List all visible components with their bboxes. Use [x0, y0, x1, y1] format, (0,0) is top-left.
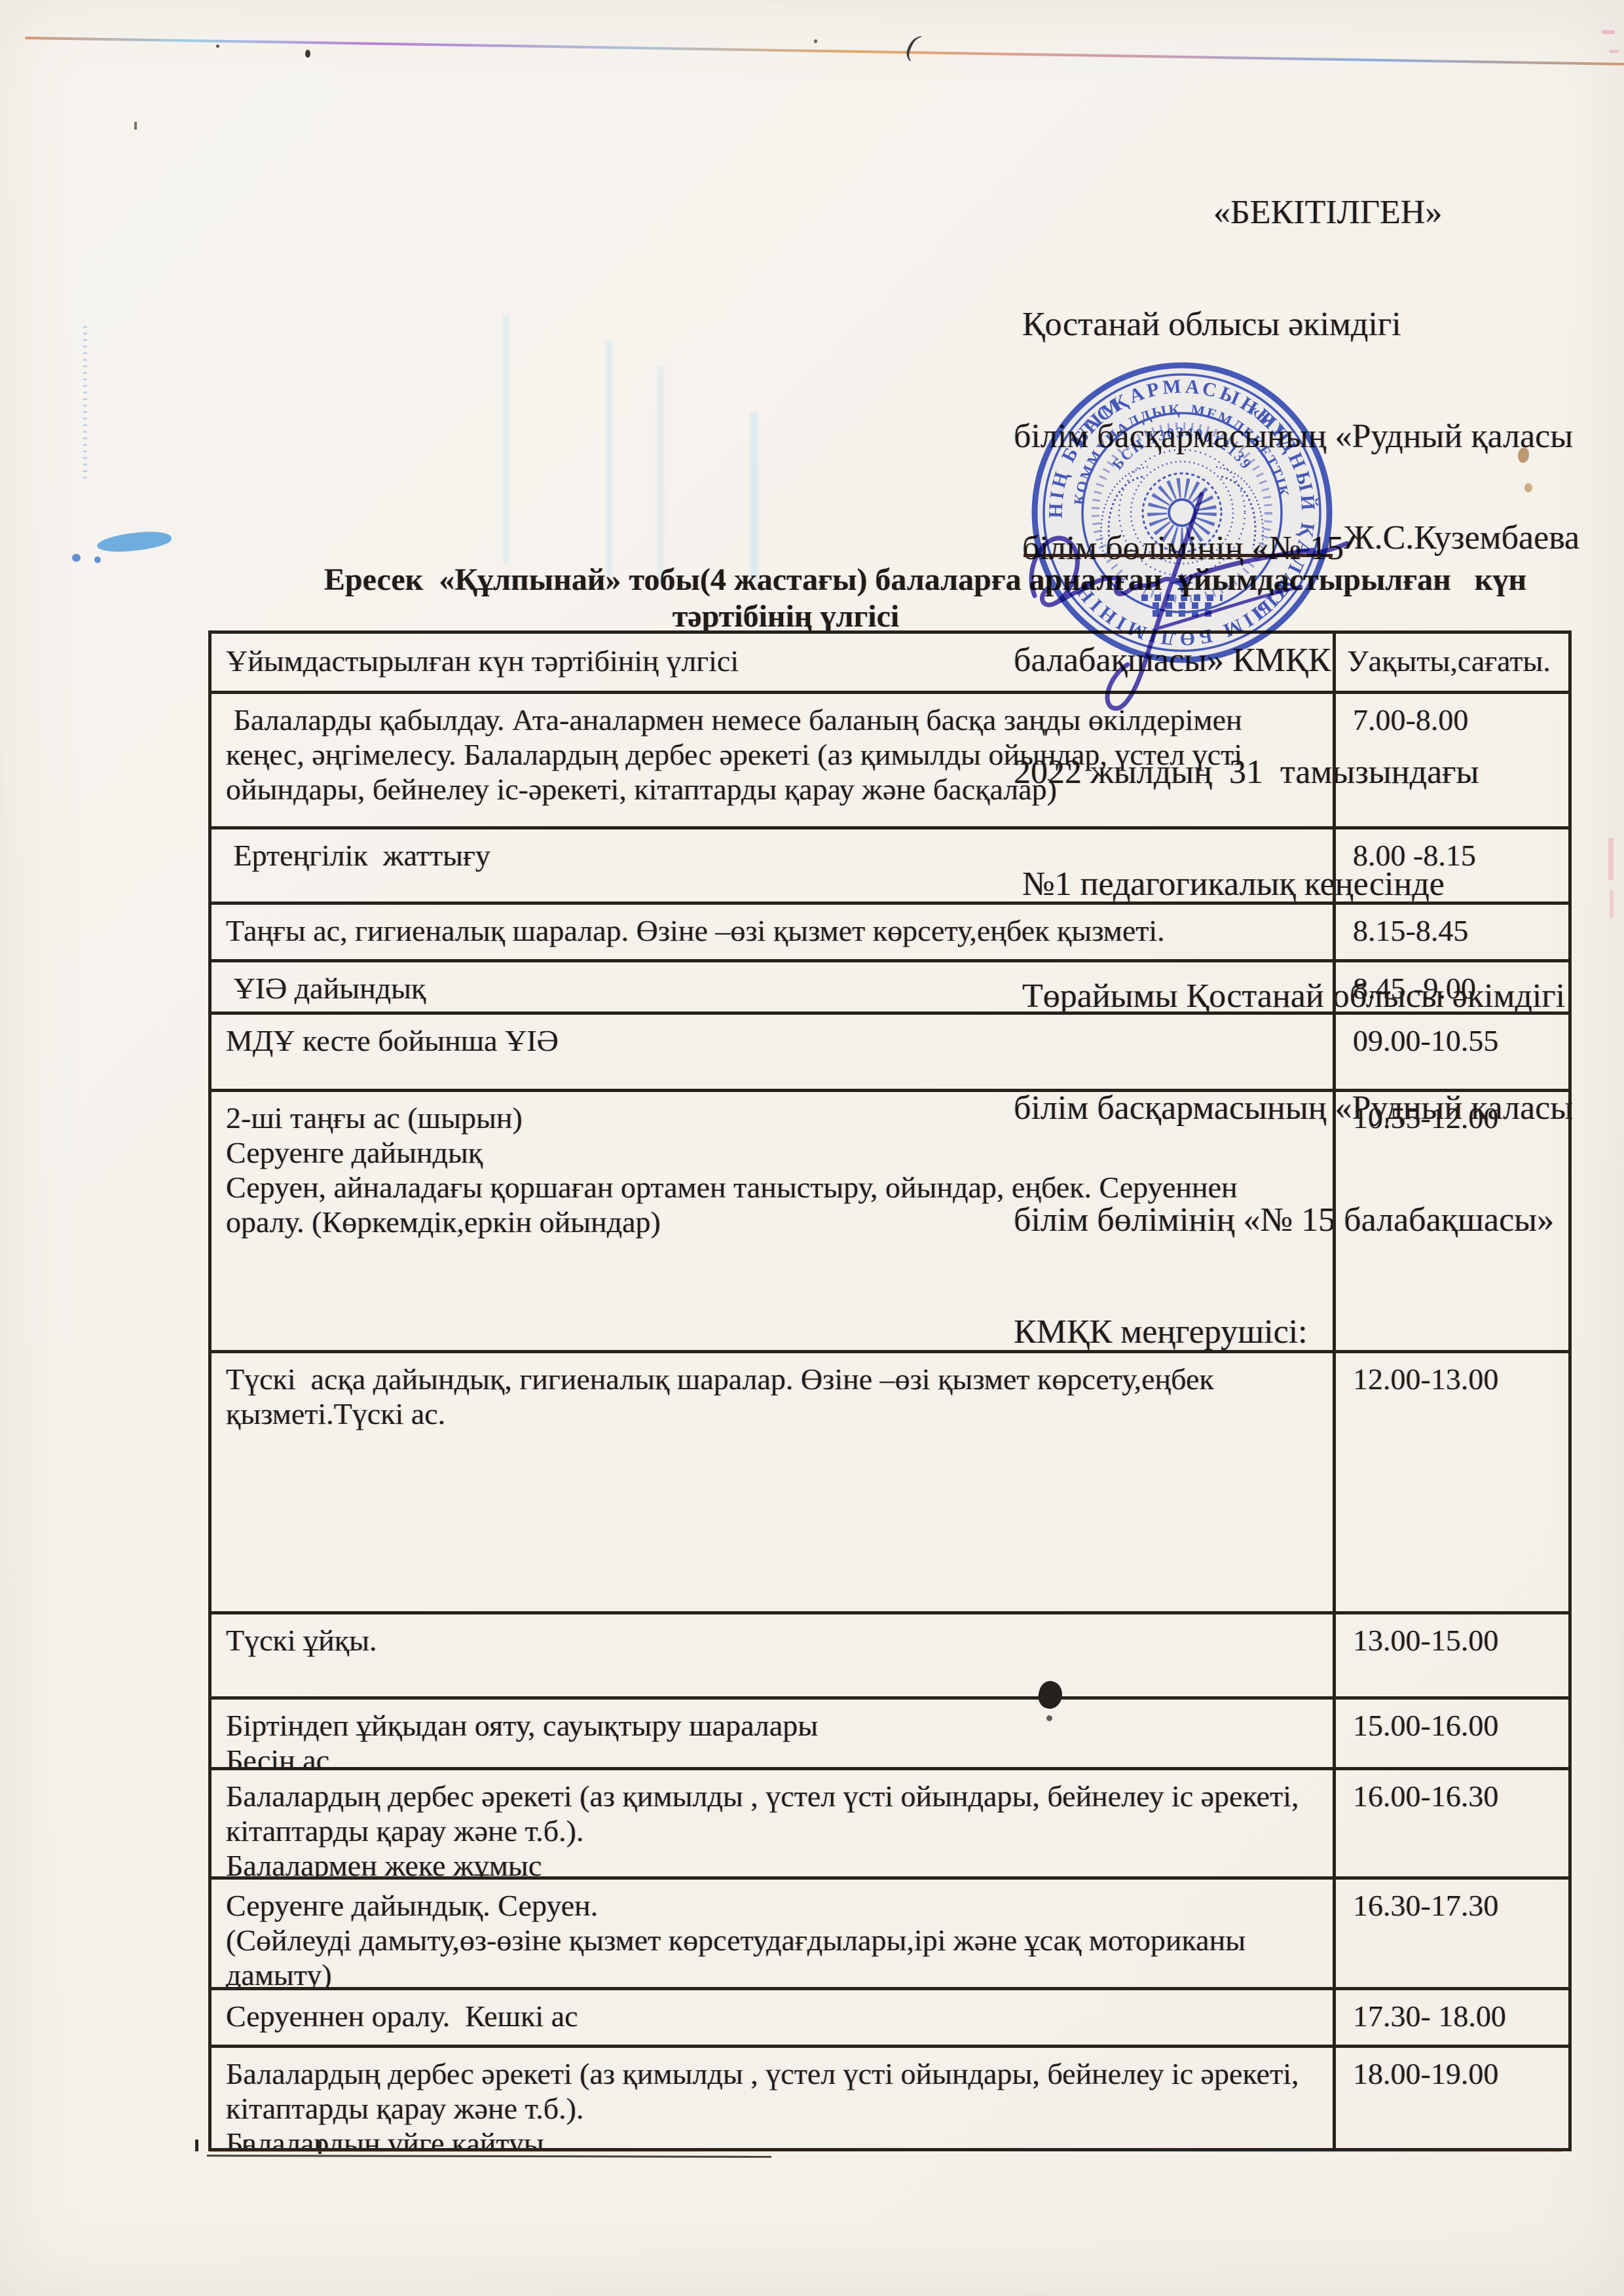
schedule-cell-time: 18.00-19.00 [1333, 2048, 1568, 2148]
scan-artifact-cyan-band [606, 340, 612, 576]
scan-artifact-pink-edge [1610, 890, 1614, 918]
schedule-cell-activity: Серуеннен оралу. Кешкі ас [212, 1990, 1333, 2048]
schedule-cell-activity: Балалардың дербес әрекеті (аз қимылды , … [212, 1770, 1333, 1880]
scan-speck [134, 122, 137, 130]
scan-artifact-pink-mark [1602, 30, 1615, 34]
schedule-cell-time: 09.00-10.55 [1333, 1015, 1568, 1092]
scan-artifact-cyan-band [657, 367, 664, 583]
scan-artifact-rainbow-line [25, 37, 1624, 65]
schedule-cell-activity: Ертеңгілік жаттығу [212, 829, 1333, 905]
scan-artifact-blue-dot [94, 556, 101, 563]
schedule-cell-time: 8.45 -9.00 [1333, 962, 1568, 1015]
schedule-cell-time: 12.00-13.00 [1333, 1353, 1568, 1614]
document-title-line2: тәртібінің үлгісі [589, 598, 982, 634]
signer-name: Ж.С.Кузембаева [1344, 519, 1579, 557]
scan-artifact-bottom-tick [195, 2140, 198, 2151]
scan-speck [305, 50, 310, 58]
scanned-document-page: ( «БЕКІТІЛГЕН» Қостанай облысы әкімдігі … [0, 0, 1624, 2296]
scan-artifact-pink-edge [1608, 838, 1614, 880]
scan-artifact-blue-streak [83, 326, 87, 479]
schedule-cell-activity: Таңғы ас, гигиеналық шаралар. Өзіне –өзі… [212, 905, 1333, 962]
schedule-cell-time: 13.00-15.00 [1333, 1614, 1568, 1700]
signature-strokes [1031, 494, 1347, 708]
schedule-cell-time: 10.55-12.00 [1333, 1092, 1568, 1353]
scan-artifact-double-line [207, 2155, 771, 2158]
schedule-cell-activity: ҰІӘ дайындық [212, 962, 1333, 1015]
schedule-cell-time: 16.00-16.30 [1333, 1770, 1568, 1880]
schedule-cell-activity: Балалардың дербес әрекеті (аз қимылды , … [212, 2048, 1333, 2148]
schedule-cell-time: 16.30-17.30 [1333, 1880, 1568, 1990]
schedule-cell-activity: Түскі асқа дайындық, гигиеналық шаралар.… [212, 1353, 1333, 1614]
schedule-cell-activity: Біртіндеп ұйқыдан ояту, сауықтыру шарала… [212, 1700, 1333, 1770]
handwritten-signature [1005, 432, 1372, 759]
schedule-cell-activity: Түскі ұйқы. [212, 1614, 1333, 1700]
schedule-cell-activity: 2-ші таңғы ас (шырын) Серуенге дайындық … [212, 1092, 1333, 1353]
schedule-cell-activity: Серуенге дайындық. Серуен. (Сөйлеуді дам… [212, 1880, 1333, 1990]
scan-speck [814, 39, 817, 43]
schedule-table: Ұйымдастырылған күн тәртібінің үлгісі Уа… [208, 630, 1572, 2151]
schedule-cell-activity: МДҰ кесте бойынша ҰІӘ [212, 1015, 1333, 1092]
scan-artifact-pink-mark [1610, 50, 1619, 53]
scan-artifact-pen-curl: ( [904, 27, 922, 63]
scan-artifact-cyan-band [503, 314, 509, 563]
schedule-cell-time: 8.00 -8.15 [1333, 829, 1568, 905]
scan-artifact-cyan-band [750, 412, 758, 583]
approval-line: Қостанай облысы әкімдігі [1014, 306, 1603, 343]
schedule-cell-time: 8.15-8.45 [1333, 905, 1568, 962]
scan-artifact-blue-blob [96, 529, 172, 555]
scan-speck [216, 45, 219, 48]
schedule-cell-time: 15.00-16.00 [1333, 1700, 1568, 1770]
schedule-cell-time: 17.30- 18.00 [1333, 1990, 1568, 2048]
scan-artifact-blue-dot [72, 554, 81, 562]
approval-line: «БЕКІТІЛГЕН» [1014, 194, 1603, 231]
